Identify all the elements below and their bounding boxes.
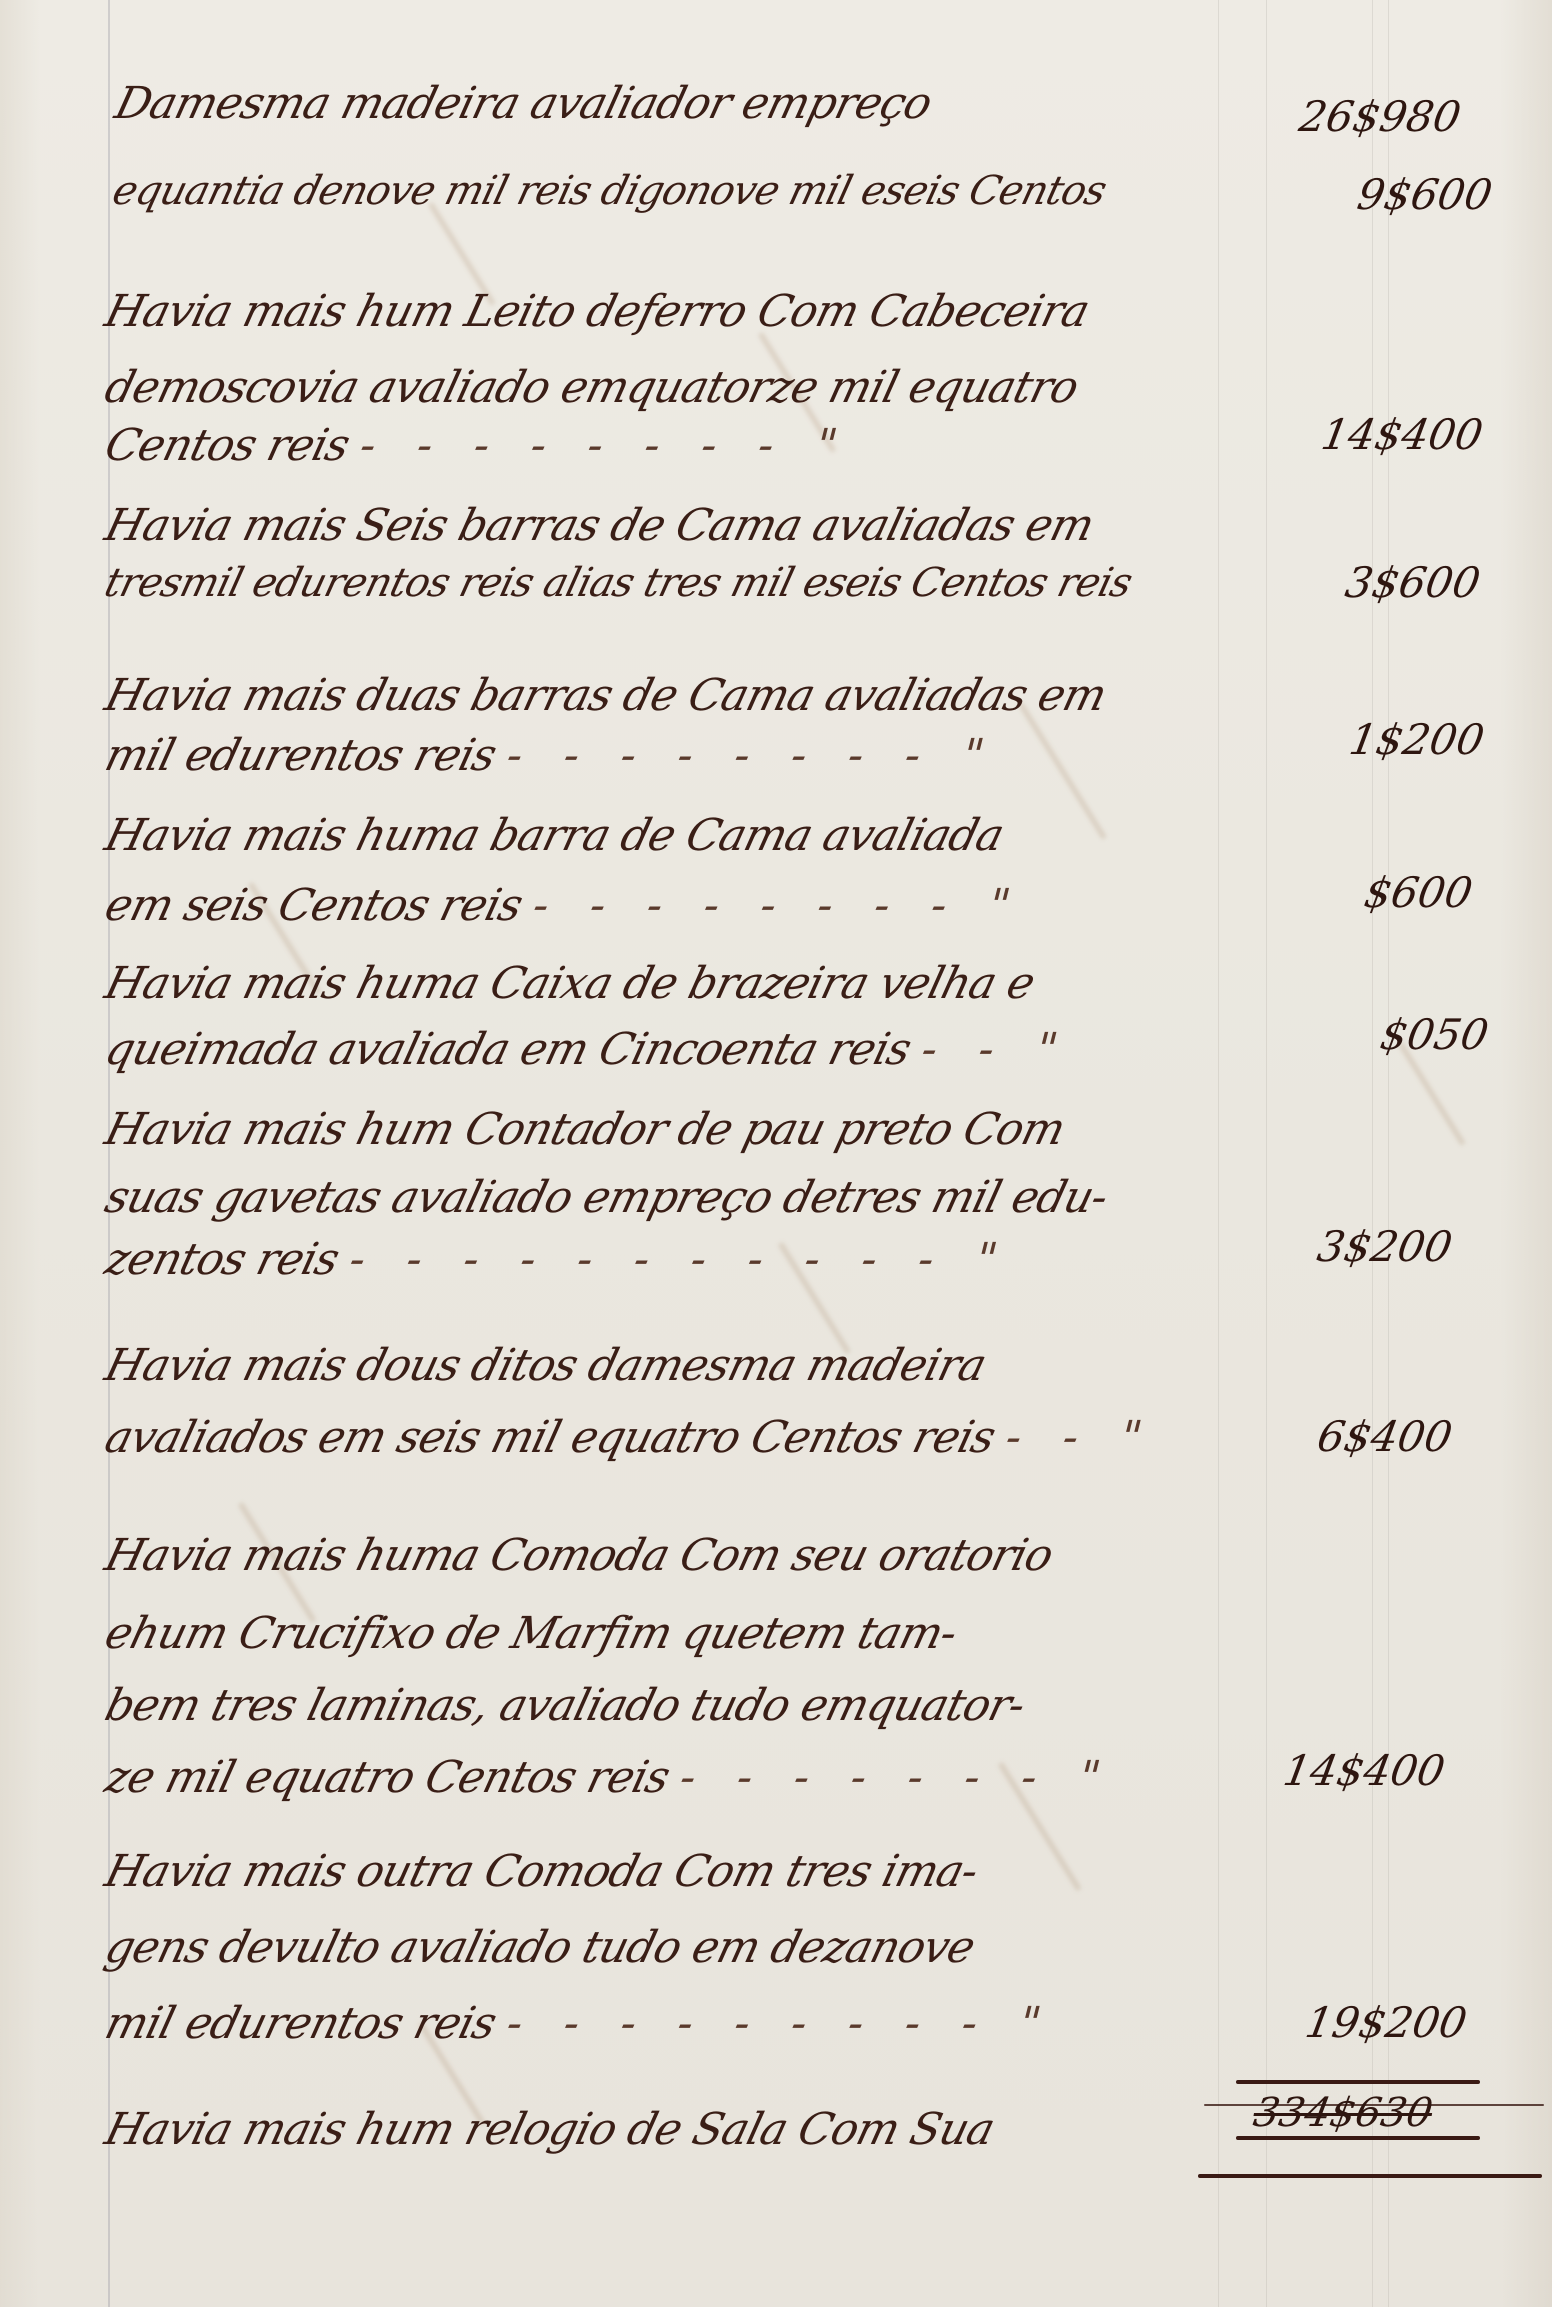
entry-amount: 14$400	[1317, 410, 1486, 459]
entry-text-line: Havia mais hum Leito deferro Com Cabecei…	[100, 286, 1094, 337]
entry-amount: 3$200	[1314, 1222, 1456, 1271]
ledger-page: Damesma madeira avaliador empreço 26$980…	[0, 0, 1552, 2307]
entry-text: zentos reis	[100, 1234, 344, 1285]
entry-text-line: Havia mais huma Caixa de brazeira velha …	[100, 958, 1039, 1009]
entry-text: em seis Centos reis	[100, 880, 527, 931]
total-rule-top	[1236, 2080, 1480, 2084]
leader-dashes: - - - - - - - "	[675, 1752, 1120, 1803]
amount-column-rule-1	[1218, 0, 1219, 2307]
entry-text-line: Damesma madeira avaliador empreço	[110, 78, 937, 129]
entry-text-line: tresmil edurentos reis alias tres mil es…	[100, 560, 1136, 606]
entry-text: Centos reis	[100, 420, 354, 471]
entry-text-line: Havia mais hum relogio de Sala Com Sua	[100, 2104, 999, 2155]
entry-amount: $600	[1361, 868, 1477, 917]
entry-text-line: Havia mais outra Comoda Com tres ima-	[100, 1846, 983, 1897]
entry-amount: 26$980	[1295, 92, 1464, 141]
entry-amount: 9$600	[1354, 170, 1496, 219]
entry-amount: 1$200	[1346, 715, 1488, 764]
entry-text-line: queimada avaliada em Cincoenta reis - - …	[100, 1024, 1077, 1075]
running-total: 334$630	[1250, 2090, 1436, 2136]
entry-text-line: mil edurentos reis - - - - - - - - "	[100, 730, 1003, 781]
entry-text-line: Havia mais hum Contador de pau preto Com	[100, 1104, 1070, 1155]
total-rule-mid	[1236, 2136, 1480, 2140]
leader-dashes: - - - - - - - - "	[528, 880, 1030, 931]
entry-text-line: gens devulto avaliado tudo em dezanove	[100, 1922, 980, 1973]
entry-amount: 3$600	[1342, 558, 1484, 607]
entry-text-line: Havia mais duas barras de Cama avaliadas…	[100, 670, 1111, 721]
leader-dashes: - - - - - - - - - "	[501, 1998, 1060, 2049]
entry-text: mil edurentos reis	[100, 1998, 501, 2049]
entry-text-line: suas gavetas avaliado empreço detres mil…	[100, 1172, 1112, 1223]
entry-amount: 6$400	[1314, 1412, 1456, 1461]
leader-dashes: - - - - - - - - - - - "	[344, 1234, 1016, 1285]
entry-text: mil edurentos reis	[100, 730, 501, 781]
entry-text: avaliados em seis mil equatro Centos rei…	[100, 1412, 1000, 1463]
leader-dashes: - - - - - - - - "	[355, 420, 857, 471]
amount-column-rule-4	[1388, 0, 1389, 2307]
entry-amount: $050	[1377, 1010, 1493, 1059]
ink-bleed-mark	[1017, 701, 1107, 840]
entry-text-line: avaliados em seis mil equatro Centos rei…	[100, 1412, 1161, 1463]
amount-column-rule-2	[1266, 0, 1267, 2307]
entry-text-line: Centos reis - - - - - - - - "	[100, 420, 856, 471]
entry-text-line: zentos reis - - - - - - - - - - - "	[100, 1234, 1016, 1285]
total-rule-bottom	[1198, 2174, 1542, 2178]
entry-text-line: ze mil equatro Centos reis - - - - - - -…	[100, 1752, 1119, 1803]
entry-text-line: em seis Centos reis - - - - - - - - "	[100, 880, 1029, 931]
leader-dashes: - - "	[916, 1024, 1077, 1075]
entry-text-line: Havia mais huma Comoda Com seu oratorio	[100, 1530, 1058, 1581]
entry-text-line: Havia mais dous ditos damesma madeira	[100, 1340, 991, 1391]
entry-text-line: bem tres laminas, avaliado tudo emquator…	[100, 1680, 1030, 1731]
entry-text-line: mil edurentos reis - - - - - - - - - "	[100, 1998, 1060, 2049]
entry-text: queimada avaliada em Cincoenta reis	[100, 1024, 916, 1075]
entry-text-line: Havia mais Seis barras de Cama avaliadas…	[100, 500, 1099, 551]
entry-amount: 19$200	[1301, 1998, 1470, 2047]
leader-dashes: - - - - - - - - "	[501, 730, 1003, 781]
leader-dashes: - - "	[1000, 1412, 1161, 1463]
entry-text-line: ehum Crucifixo de Marfim quetem tam-	[100, 1608, 962, 1659]
entry-text-line: Havia mais huma barra de Cama avaliada	[100, 810, 1008, 861]
entry-amount: 14$400	[1279, 1746, 1448, 1795]
entry-text-line: equantia denove mil reis digonove mil es…	[108, 168, 1110, 214]
entry-text: ze mil equatro Centos reis	[100, 1752, 674, 1803]
entry-text-line: demoscovia avaliado emquatorze mil equat…	[100, 362, 1083, 413]
amount-column-rule-3	[1372, 0, 1373, 2307]
